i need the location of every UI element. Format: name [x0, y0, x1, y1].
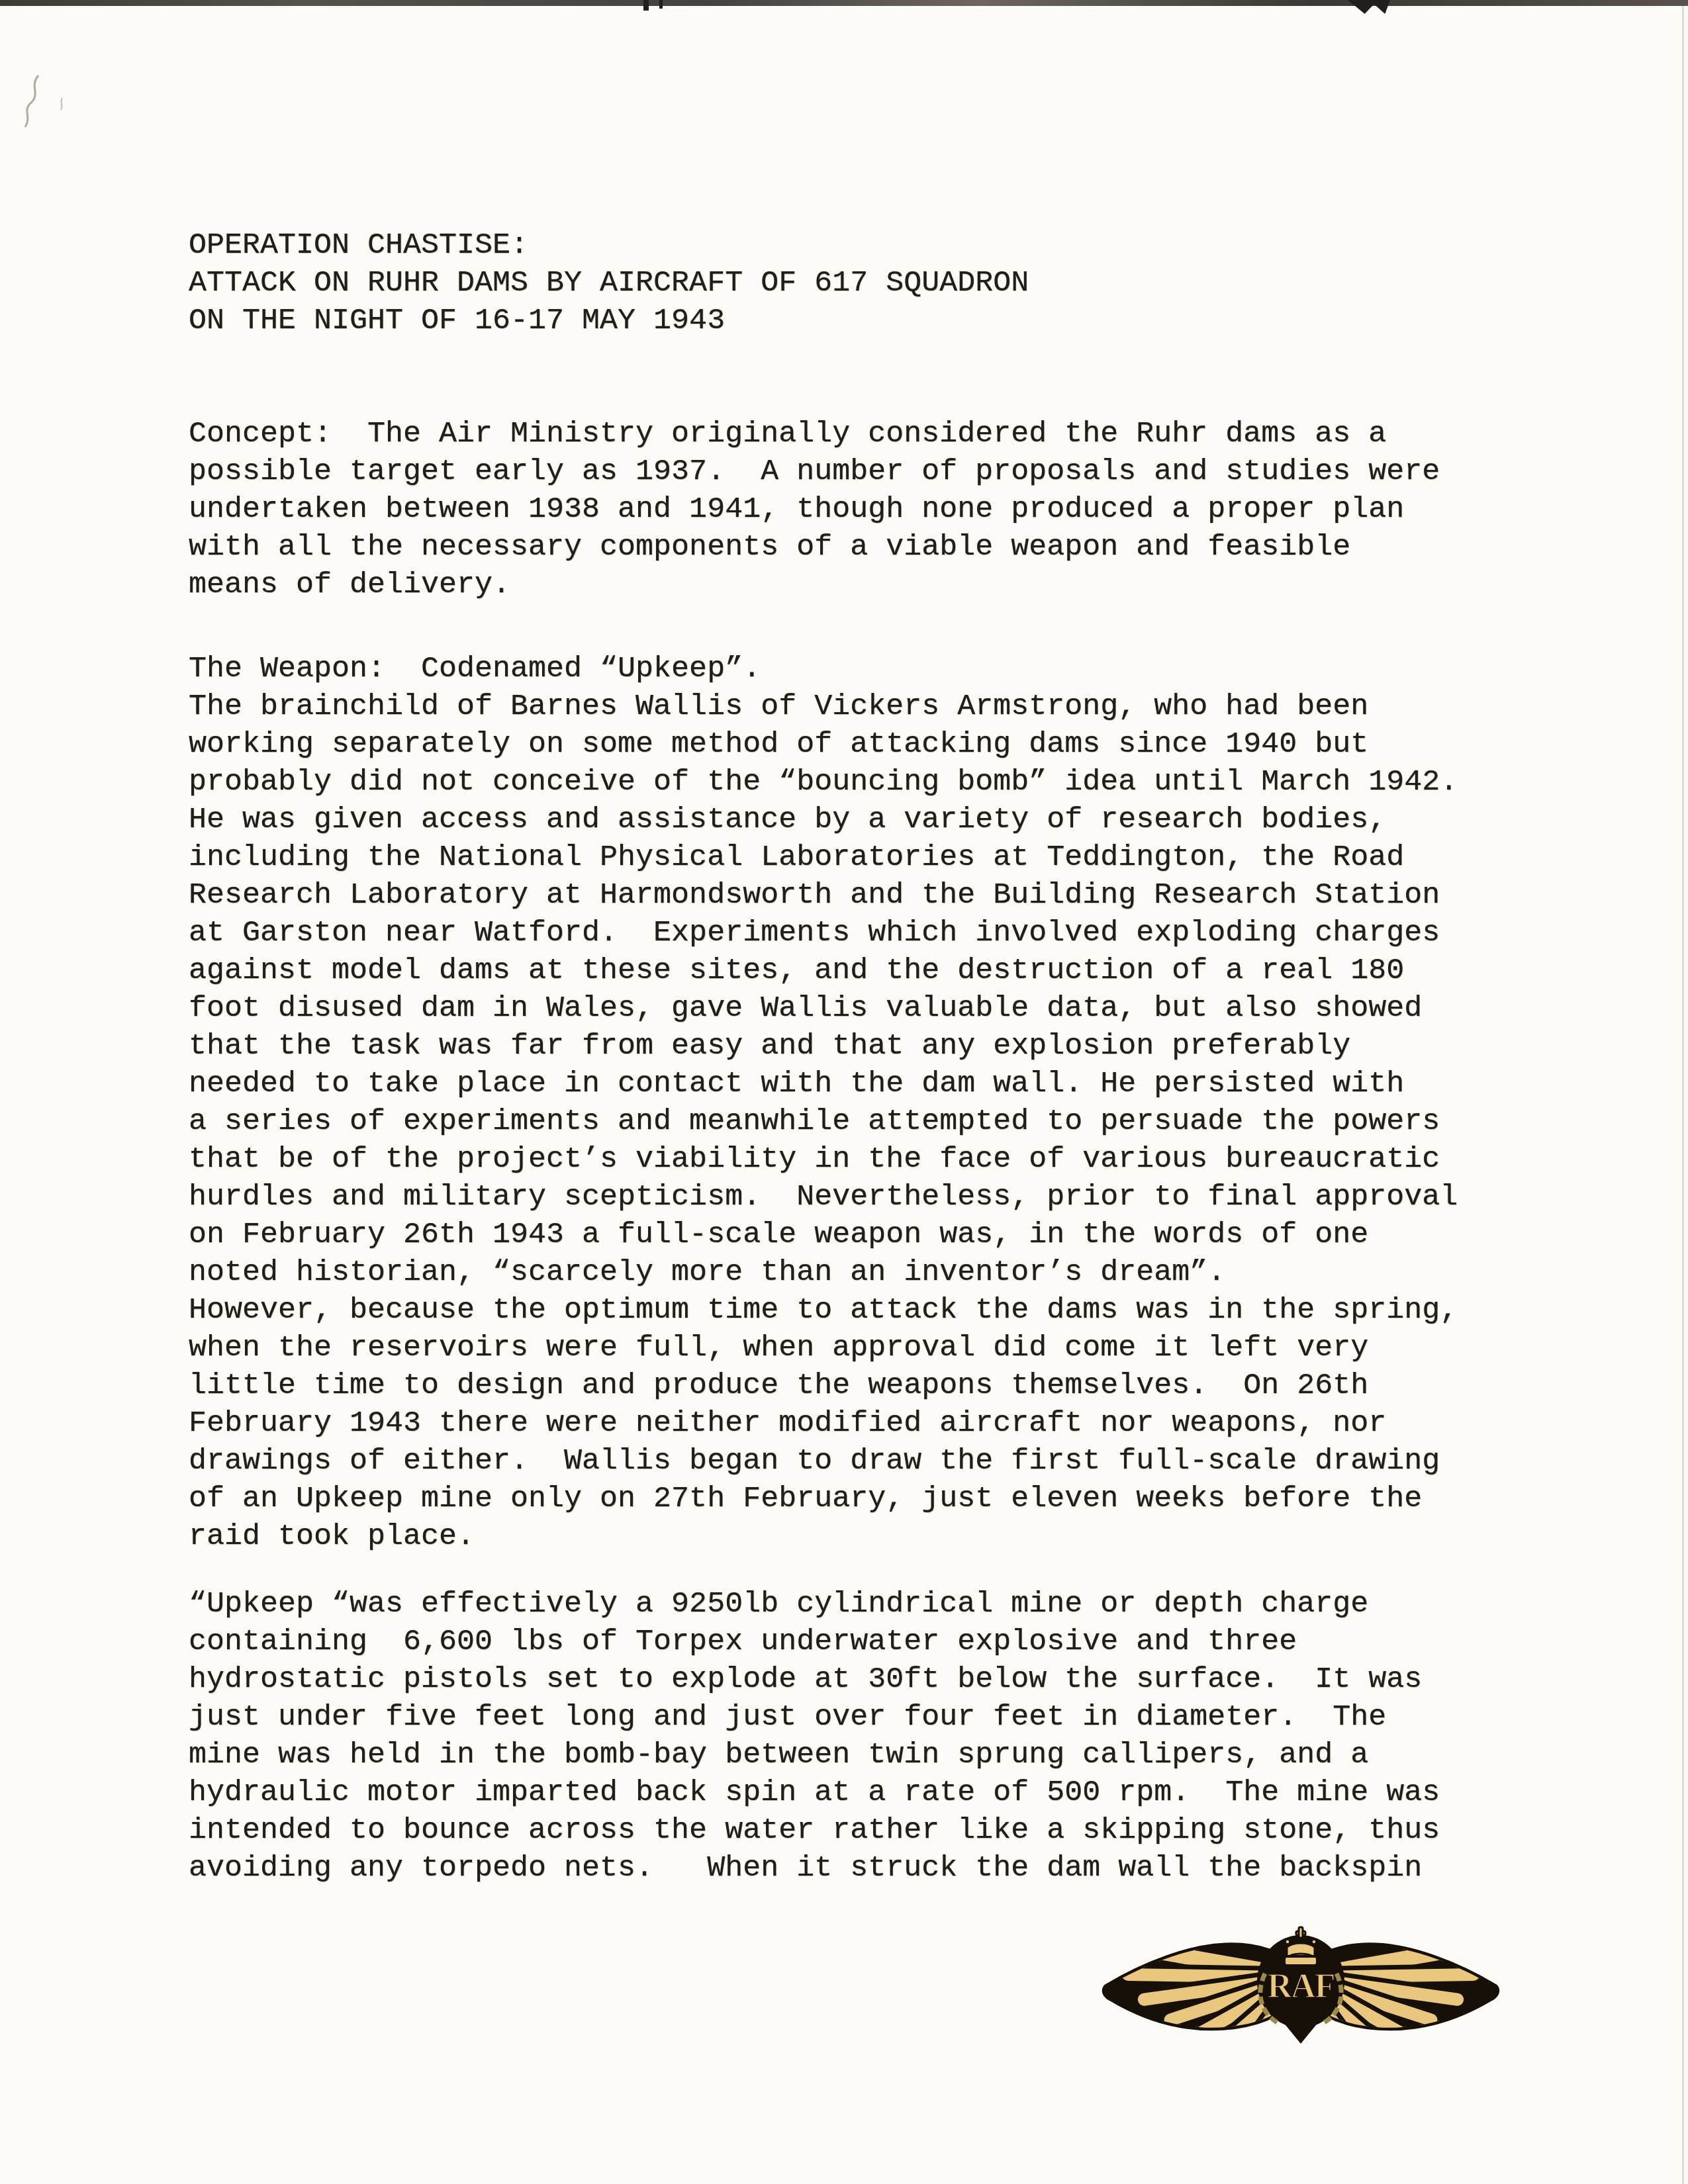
text-line: The Weapon: Codenamed “Upkeep”. — [189, 650, 1458, 688]
text-line: needed to take place in contact with the… — [189, 1065, 1458, 1103]
scan-mark-artifact — [659, 0, 663, 9]
text-line: working separately on some method of att… — [189, 725, 1458, 763]
emblem-point — [1277, 2015, 1325, 2044]
text-line: noted historian, “scarcely more than an … — [189, 1253, 1458, 1291]
text-line: undertaken between 1938 and 1941, though… — [189, 490, 1458, 528]
scan-edge-line-artifact — [1682, 6, 1684, 2184]
raf-wings-logo: RAF — [1099, 1917, 1503, 2049]
text-line: containing 6,600 lbs of Torpex underwate… — [189, 1623, 1458, 1661]
text-line: including the National Physical Laborato… — [189, 839, 1458, 876]
text-line: at Garston near Watford. Experiments whi… — [189, 914, 1458, 952]
text-line: intended to bounce across the water rath… — [189, 1811, 1458, 1849]
paragraph-concept: Concept: The Air Ministry originally con… — [189, 415, 1458, 604]
text-line: hydraulic motor imparted back spin at a … — [189, 1774, 1458, 1811]
text-line: He was given access and assistance by a … — [189, 801, 1458, 839]
text-line: just under five feet long and just over … — [189, 1698, 1458, 1736]
text-line: drawings of either. Wallis began to draw… — [189, 1442, 1458, 1480]
text-line: foot disused dam in Wales, gave Wallis v… — [189, 989, 1458, 1027]
text-line: Concept: The Air Ministry originally con… — [189, 415, 1458, 453]
text-line: on February 26th 1943 a full-scale weapo… — [189, 1216, 1458, 1253]
document-title: OPERATION CHASTISE: ATTACK ON RUHR DAMS … — [189, 226, 1458, 340]
text-line: “Upkeep “was effectively a 9250lb cylind… — [189, 1585, 1458, 1623]
title-line: ATTACK ON RUHR DAMS BY AIRCRAFT OF 617 S… — [189, 264, 1458, 302]
pencil-mark-artifact — [11, 71, 77, 135]
typewritten-text: OPERATION CHASTISE: ATTACK ON RUHR DAMS … — [189, 226, 1458, 1887]
text-line: Research Laboratory at Harmondsworth and… — [189, 876, 1458, 914]
text-line: with all the necessary components of a v… — [189, 528, 1458, 566]
text-line: avoiding any torpedo nets. When it struc… — [189, 1849, 1458, 1887]
text-line: little time to design and produce the we… — [189, 1367, 1458, 1404]
title-line: OPERATION CHASTISE: — [189, 226, 1458, 264]
text-line: hydrostatic pistols set to explode at 30… — [189, 1661, 1458, 1698]
document-page: OPERATION CHASTISE: ATTACK ON RUHR DAMS … — [0, 0, 1688, 2184]
text-line: a series of experiments and meanwhile at… — [189, 1103, 1458, 1140]
text-line: February 1943 there were neither modifie… — [189, 1404, 1458, 1442]
text-line: possible target early as 1937. A number … — [189, 453, 1458, 490]
text-line: However, because the optimum time to att… — [189, 1291, 1458, 1329]
text-line: against model dams at these sites, and t… — [189, 952, 1458, 989]
title-line: ON THE NIGHT OF 16-17 MAY 1943 — [189, 302, 1458, 340]
crown-icon — [1284, 1927, 1317, 1966]
text-line: of an Upkeep mine only on 27th February,… — [189, 1480, 1458, 1518]
scan-edge-artifact — [0, 0, 1688, 6]
paragraph-upkeep: “Upkeep “was effectively a 9250lb cylind… — [189, 1585, 1458, 1887]
text-line: means of delivery. — [189, 566, 1458, 604]
raf-monogram: RAF — [1268, 1968, 1335, 2005]
scan-mark-artifact — [1348, 0, 1390, 14]
paragraph-weapon: The Weapon: Codenamed “Upkeep”. The brai… — [189, 650, 1458, 1555]
text-line: that the task was far from easy and that… — [189, 1027, 1458, 1065]
text-line: The brainchild of Barnes Wallis of Vicke… — [189, 688, 1458, 725]
text-line: raid took place. — [189, 1518, 1458, 1555]
text-line: that be of the project’s viability in th… — [189, 1140, 1458, 1178]
text-line: hurdles and military scepticism. Neverth… — [189, 1178, 1458, 1216]
text-line: when the reservoirs were full, when appr… — [189, 1329, 1458, 1367]
text-line: probably did not conceive of the “bounci… — [189, 763, 1458, 801]
scan-mark-artifact — [643, 0, 649, 11]
text-line: mine was held in the bomb-bay between tw… — [189, 1736, 1458, 1774]
